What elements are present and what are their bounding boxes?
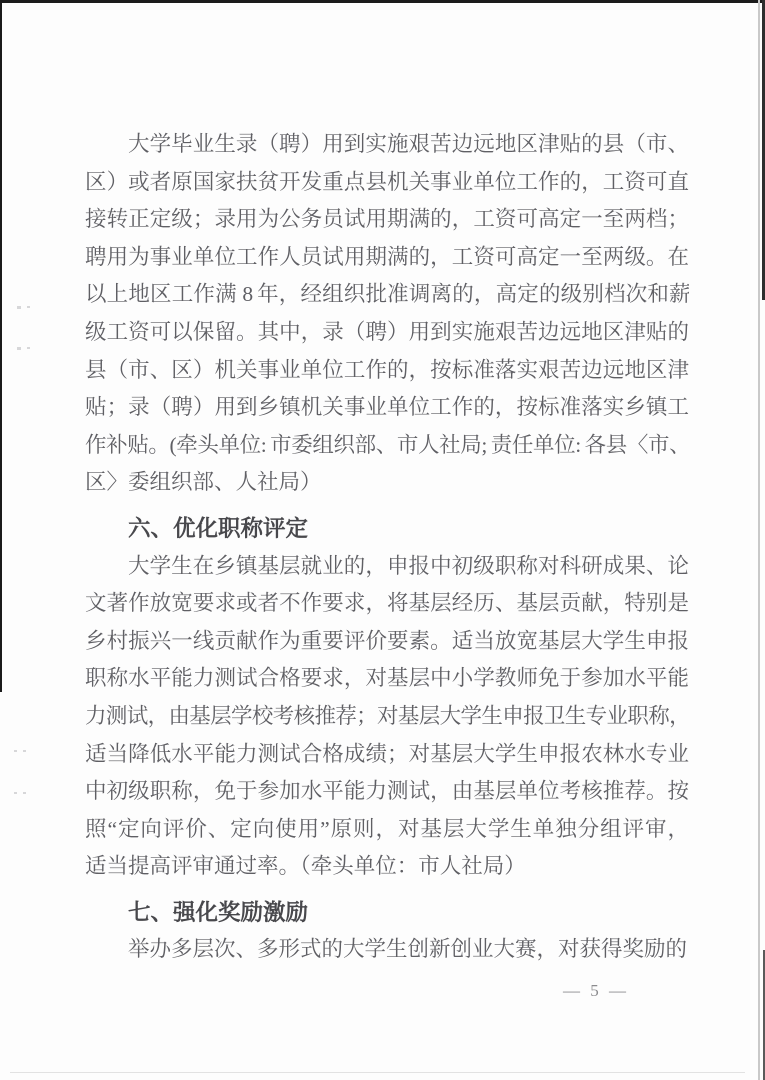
document-page: 大学毕业生录（聘）用到实施艰苦边远地区津贴的县（市、区）或者原国家扶贫开发重点县… [0,0,765,1080]
scan-border-right [758,0,760,1080]
section-heading: 七、强化奖励激励 [85,894,689,932]
paragraph: 大学生在乡镇基层就业的，申报中初级职称对科研成果、论文著作放宽要求或者不作要求，… [85,548,689,886]
text-line: 区）或者原国家扶贫开发重点县机关事业单位工作的，工资可直 [85,164,689,202]
scan-artifact [17,347,36,365]
text-line: 县（市、区）机关事业单位工作的，按标准落实艰苦边远地区津 [85,352,689,390]
text-line: 文著作放宽要求或者不作要求，将基层经历、基层贡献，特别是 [85,585,689,623]
section-heading: 六、优化职称评定 [85,510,689,548]
text-line: 级工资可以保留。其中，录（聘）用到实施艰苦边远地区津贴的 [85,314,689,352]
scan-border-bottom [10,1072,745,1073]
text-line: 举办多层次、多形式的大学生创新创业大赛，对获得奖励的 [85,931,689,969]
text-line: 中初级职称，免于参加水平能力测试，由基层单位考核推荐。按 [85,773,689,811]
text-line: 大学生在乡镇基层就业的，申报中初级职称对科研成果、论 [85,548,689,586]
page-number: — 5 — [563,981,629,1001]
text-line: 力测试，由基层学校考核推荐；对基层大学生申报卫生专业职称， [85,698,689,736]
text-line: 照“定向评价、定向使用”原则，对基层大学生单独分组评审， [85,811,689,849]
scan-border-left [0,0,2,692]
text-line: 以上地区工作满 8 年，经组织批准调离的，高定的级别档次和薪 [85,276,689,314]
text-line: 接转正定级；录用为公务员试用期满的，工资可高定一至两档； [85,201,689,239]
text-line: 区〉委组织部、人社局） [85,464,689,502]
paragraph: 举办多层次、多形式的大学生创新创业大赛，对获得奖励的 [85,931,689,969]
document-body: 大学毕业生录（聘）用到实施艰苦边远地区津贴的县（市、区）或者原国家扶贫开发重点县… [85,0,689,969]
text-line: 职称水平能力测试合格要求，对基层中小学教师免于参加水平能 [85,660,689,698]
text-line: 乡村振兴一线贡献作为重要评价要素。适当放宽基层大学生申报 [85,623,689,661]
text-line: 贴；录（聘）用到乡镇机关事业单位工作的，按标准落实乡镇工 [85,389,689,427]
scan-artifact [14,750,32,768]
scan-artifact [17,306,36,324]
text-line: 作补贴。(牵头单位: 市委组织部、市人社局; 责任单位: 各县〈市、 [85,427,689,465]
text-line: 适当降低水平能力测试合格成绩；对基层大学生申报农林水专业 [85,736,689,774]
paragraph: 大学毕业生录（聘）用到实施艰苦边远地区津贴的县（市、区）或者原国家扶贫开发重点县… [85,126,689,502]
text-line: 适当提高评审通过率。（牵头单位：市人社局） [85,848,689,886]
text-line: 大学毕业生录（聘）用到实施艰苦边远地区津贴的县（市、 [85,126,689,164]
scan-artifact [14,792,32,810]
text-line: 聘用为事业单位工作人员试用期满的，工资可高定一至两级。在 [85,239,689,277]
